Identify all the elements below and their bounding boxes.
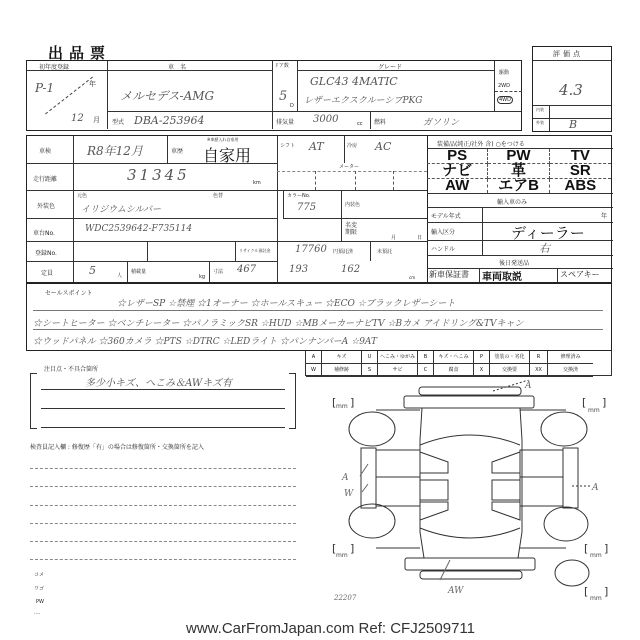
- legend-desc: 補修跡: [322, 364, 362, 377]
- fuel-cell: 燃料 ガソリン: [370, 111, 521, 129]
- svg-text:A: A: [591, 483, 599, 493]
- inspector-line: [30, 486, 296, 487]
- dim-unit: cm: [409, 275, 415, 280]
- sales-point-line-2: ☆シートヒーター ☆ベンチレーター ☆パノラミックSR ☆HUD ☆MBメーカー…: [33, 316, 524, 329]
- header-block: 初年度登録 P-1 年 12 月 車 名 メルセデス-AMG 型式 DBA-25…: [26, 60, 522, 131]
- mileage-unit: km: [253, 180, 261, 186]
- inspection-label: 車検: [39, 146, 51, 155]
- legend-desc: 塗装の・劣化: [490, 351, 530, 364]
- car-damage-diagram: mm mm mm mm mm A A W A AW 22207 [] [] []…: [310, 380, 640, 620]
- interior-score-label: 内装: [536, 107, 544, 113]
- handle-value: 右: [539, 240, 550, 256]
- ac-value: AC: [375, 140, 391, 153]
- legend-code: X: [474, 364, 490, 377]
- svg-text:]: ]: [602, 396, 606, 409]
- year-suffix: 年: [89, 79, 96, 89]
- legend-desc: 腐食: [434, 364, 474, 377]
- height-value: 162: [341, 264, 360, 275]
- small-label: ....: [34, 610, 40, 616]
- fuel-label: 燃料: [374, 117, 386, 126]
- recycle-value: 17760: [295, 244, 327, 255]
- shift-value: AT: [309, 140, 324, 153]
- displacement-unit: cc: [357, 121, 363, 127]
- fuel-value: ガソリン: [423, 115, 459, 128]
- docs-label: 後日発送品: [499, 258, 529, 267]
- sales-points-label: セールスポイント: [45, 288, 92, 297]
- svg-text:W: W: [344, 489, 354, 499]
- svg-text:mm: mm: [588, 407, 600, 414]
- svg-text:A: A: [524, 381, 532, 391]
- svg-text:mm: mm: [590, 552, 602, 559]
- mileage-value: 31345: [127, 166, 190, 184]
- svg-text:[: [: [584, 542, 588, 555]
- capacity-value: 5: [89, 264, 96, 277]
- chassis-value: WDC2539642-F735114: [85, 224, 192, 234]
- doors-value: 5: [279, 89, 287, 104]
- grade-line-1: GLC43 4MATIC: [310, 75, 398, 88]
- score-value: 4.3: [559, 81, 583, 99]
- car-name-cell: 車 名 メルセデス-AMG: [107, 61, 272, 111]
- legend-code: U: [362, 351, 378, 364]
- svg-text:]: ]: [350, 542, 354, 555]
- legend-code: A: [306, 351, 322, 364]
- recycle-unpaid-label: 未預託: [377, 248, 392, 255]
- legend-code: W: [306, 364, 322, 377]
- meter-label: メーター: [339, 163, 359, 170]
- equip-aw: AW: [427, 179, 488, 193]
- sales-point-line-1: ☆レザーSP ☆禁煙 ☆1オーナー ☆ホールスキュー ☆ECO ☆ブラックレザー…: [117, 296, 455, 309]
- model-code-cell: 型式 DBA-253964: [107, 111, 272, 129]
- doc-warranty: 新車保証書: [429, 269, 469, 280]
- registration-no-label: 登録No.: [35, 248, 57, 257]
- svg-text:]: ]: [604, 585, 608, 598]
- interior-color-label: 内装色: [345, 201, 360, 208]
- color-no-value: 775: [297, 202, 316, 213]
- handle-label: ハンドル: [431, 244, 455, 253]
- original-color-label: 元色: [77, 192, 87, 199]
- car-name-value: メルセデス-AMG: [120, 87, 214, 104]
- recycle-label: リサイクル預託金: [239, 248, 270, 254]
- doors-label: ドア数: [274, 62, 289, 69]
- legend-desc: 交換済: [548, 364, 593, 377]
- svg-text:mm: mm: [336, 403, 348, 410]
- details-block: 車検 R8年12月 車歴 ※車歴入れ自家用 自家用 シフト AT 冷房 AC 走…: [26, 135, 612, 283]
- grade-line-2: レザーエクスクルーシブPKG: [304, 93, 422, 106]
- model-year-unit: 年: [601, 211, 607, 220]
- capacity-unit: 人: [117, 272, 122, 279]
- svg-text:]: ]: [604, 542, 608, 555]
- name-change-label: 名変期限: [345, 222, 359, 236]
- exterior-score-value: B: [569, 118, 577, 131]
- svg-text:[: [: [332, 542, 336, 555]
- displacement-label: 排気量: [276, 117, 294, 126]
- grade-cell: グレード GLC43 4MATIC レザーエクスクルーシブPKG: [297, 61, 494, 111]
- svg-text:mm: mm: [336, 552, 348, 559]
- small-label: ワゴ: [34, 585, 44, 592]
- small-label: PW: [36, 599, 44, 605]
- legend-code: R: [530, 351, 548, 364]
- exterior-score-label: 外装: [536, 120, 544, 126]
- inspector-line: [30, 541, 296, 542]
- drive-4wd-circled: 4WD: [497, 96, 513, 104]
- svg-text:A: A: [341, 473, 349, 483]
- first-registration-era: P-1: [35, 81, 54, 95]
- length-value: 467: [237, 264, 256, 275]
- name-change-day: 日: [417, 234, 422, 241]
- score-box: 評価点 4.3 内装 外装 B: [532, 46, 612, 132]
- drive-2wd: 2WD: [498, 83, 510, 89]
- notes-line-1: 多少小キズ、へこみ＆AWキズ有: [85, 374, 232, 389]
- svg-text:[: [: [584, 585, 588, 598]
- footer-reference: www.CarFromJapan.com Ref: CFJ2509711: [186, 620, 475, 637]
- drive-cell: 駆動 2WD 4WD: [494, 61, 521, 111]
- legend-desc: サビ: [378, 364, 418, 377]
- equipment-grid: PS PW TV ナビ 革 SR AW エアB ABS: [427, 149, 611, 193]
- legend-desc: 交換要: [490, 364, 530, 377]
- drive-label: 駆動: [499, 69, 509, 76]
- first-registration-month: 12: [71, 113, 84, 124]
- color-no-label: カラーNo.: [287, 192, 310, 199]
- legend-desc: キズ: [322, 351, 362, 364]
- ac-label: 冷房: [347, 142, 357, 149]
- svg-text:AW: AW: [447, 586, 464, 596]
- svg-text:mm: mm: [590, 595, 602, 602]
- legend-code: C: [418, 364, 434, 377]
- score-label: 評価点: [553, 49, 583, 59]
- svg-text:[: [: [582, 396, 586, 409]
- inspector-line: [30, 468, 296, 469]
- doors-unit: D: [290, 103, 294, 109]
- capacity-label: 定員: [41, 268, 53, 277]
- first-registration: 初年度登録 P-1 年 12 月: [27, 61, 107, 129]
- small-label: コメ: [34, 571, 44, 578]
- exterior-color-value: イリジウムシルバー: [81, 202, 161, 215]
- displacement-cell: 排気量 3000 cc: [272, 111, 370, 129]
- mileage-label: 走行距離: [33, 174, 57, 183]
- inspector-line: [30, 559, 296, 560]
- inspection-value: R8年12月: [87, 142, 143, 159]
- shift-label: シフト: [280, 142, 295, 149]
- chassis-label: 車台No.: [33, 228, 55, 237]
- width-value: 193: [289, 264, 308, 275]
- exterior-color-label: 外装色: [37, 201, 55, 210]
- import-only-label: 輸入車のみ: [497, 197, 527, 206]
- inspector-label: 検査員記入欄 : 修復歴「有」の場合は修復箇所・交換箇所を記入: [30, 442, 204, 451]
- equip-airbag: エアB: [488, 179, 549, 193]
- model-code-label: 型式: [112, 117, 124, 126]
- model-year-label: モデル年式: [431, 211, 461, 220]
- legend-code: B: [418, 351, 434, 364]
- doors-cell: ドア数 5 D: [272, 61, 297, 111]
- month-suffix: 月: [93, 115, 100, 125]
- legend-code: XX: [530, 364, 548, 377]
- legend-code: P: [474, 351, 490, 364]
- svg-text:22207: 22207: [333, 594, 357, 602]
- inspector-line: [30, 505, 296, 506]
- damage-legend: A キズ U へこみ・ゆがみ B キズ・へこみ P 塗装の・劣化 R 修理済み …: [305, 351, 612, 376]
- doc-manual: 車両取説: [482, 268, 522, 283]
- recycle-unit: 円預託済: [333, 248, 353, 255]
- load-unit: kg: [199, 274, 205, 280]
- svg-text:]: ]: [350, 396, 354, 409]
- usage-value: 自家用: [203, 143, 251, 166]
- legend-desc: へこみ・ゆがみ: [378, 351, 418, 364]
- usage-label: 車歴: [171, 146, 183, 155]
- displacement-value: 3000: [313, 114, 338, 125]
- color-change-label: 色替: [213, 192, 223, 199]
- import-category-label: 輸入区分: [431, 227, 455, 236]
- sales-points-block: セールスポイント ☆レザーSP ☆禁煙 ☆1オーナー ☆ホールスキュー ☆ECO…: [26, 283, 612, 351]
- doc-spare-key: スペアキー: [560, 269, 600, 280]
- legend-desc: キズ・へこみ: [434, 351, 474, 364]
- name-change-month: 月: [391, 234, 396, 241]
- load-label: 積載量: [131, 268, 146, 275]
- sales-point-line-3: ☆ウッドパネル ☆360カメラ ☆PTS ☆DTRC ☆LEDライト ☆パンナン…: [33, 334, 377, 347]
- legend-code: S: [362, 364, 378, 377]
- notes-label: 注目点・不具合箇所: [44, 364, 98, 373]
- notes-box: 多少小キズ、へこみ＆AWキズ有: [30, 373, 296, 429]
- legend-desc: 修理済み: [548, 351, 593, 364]
- inspector-line: [30, 523, 296, 524]
- svg-text:[: [: [332, 396, 336, 409]
- dims-label: 寸法: [213, 268, 223, 275]
- model-code-value: DBA-253964: [134, 114, 205, 127]
- equip-abs: ABS: [550, 179, 611, 193]
